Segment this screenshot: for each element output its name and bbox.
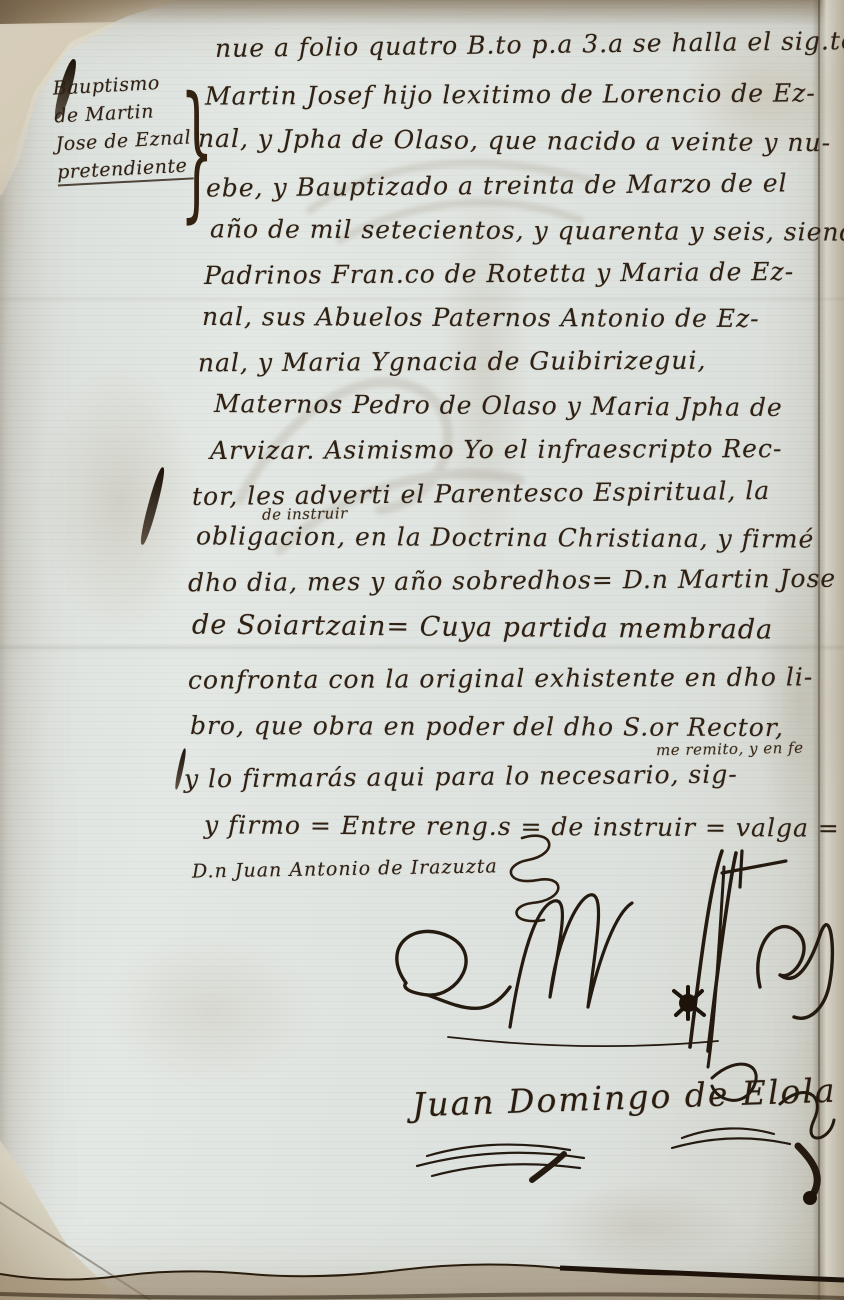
- text-line: bro, que obra en poder del dho S.or Rect…: [190, 711, 784, 742]
- margin-note: Bauptismo de Martin Jose de Eznal preten…: [52, 71, 193, 187]
- text-line: confronta con la original exhistente en …: [188, 662, 813, 694]
- bottom-tear-edge: [0, 1240, 844, 1300]
- manuscript-scan: Bauptismo de Martin Jose de Eznal preten…: [0, 0, 844, 1300]
- text-line: nal, y Maria Ygnacia de Guibirizegui,: [198, 346, 707, 378]
- text-line: año de mil setecientos, y quarenta y sei…: [210, 214, 844, 246]
- text-line: de Soiartzain= Cuya partida membrada: [192, 609, 773, 645]
- text-line: nal, y Jpha de Olaso, que nacido a veint…: [198, 124, 831, 157]
- text-line: dho dia, mes y año sobredhos= D.n Martin…: [188, 564, 836, 598]
- signature-flourish-central: [388, 845, 838, 1073]
- top-edge-shadow: [0, 0, 844, 26]
- text-line: Arvizar. Asimismo Yo el infraescripto Re…: [210, 434, 782, 465]
- bottom-signature-flourish: [382, 1050, 844, 1220]
- text-line: y lo firmarás aqui para lo necesario, si…: [184, 760, 738, 794]
- text-line: obligacion, en la Doctrina Christiana, y…: [196, 521, 815, 553]
- interlinear-note: de instruir: [262, 504, 348, 523]
- margin-note-line: de Martin: [54, 98, 191, 127]
- interlinear-note: me remito, y en fe: [656, 739, 804, 760]
- margin-note-line: Jose de Eznal: [55, 126, 192, 155]
- text-line: Padrinos Fran.co de Rotetta y Maria de E…: [204, 257, 794, 290]
- text-line: ebe, y Bauptizado a treinta de Marzo de …: [206, 168, 788, 202]
- text-line: nal, sus Abuelos Paternos Antonio de Ez-: [202, 302, 760, 333]
- text-line: Maternos Pedro de Olaso y Maria Jpha de: [214, 389, 783, 422]
- text-line: Martin Josef hijo lexitimo de Lorencio d…: [205, 78, 816, 110]
